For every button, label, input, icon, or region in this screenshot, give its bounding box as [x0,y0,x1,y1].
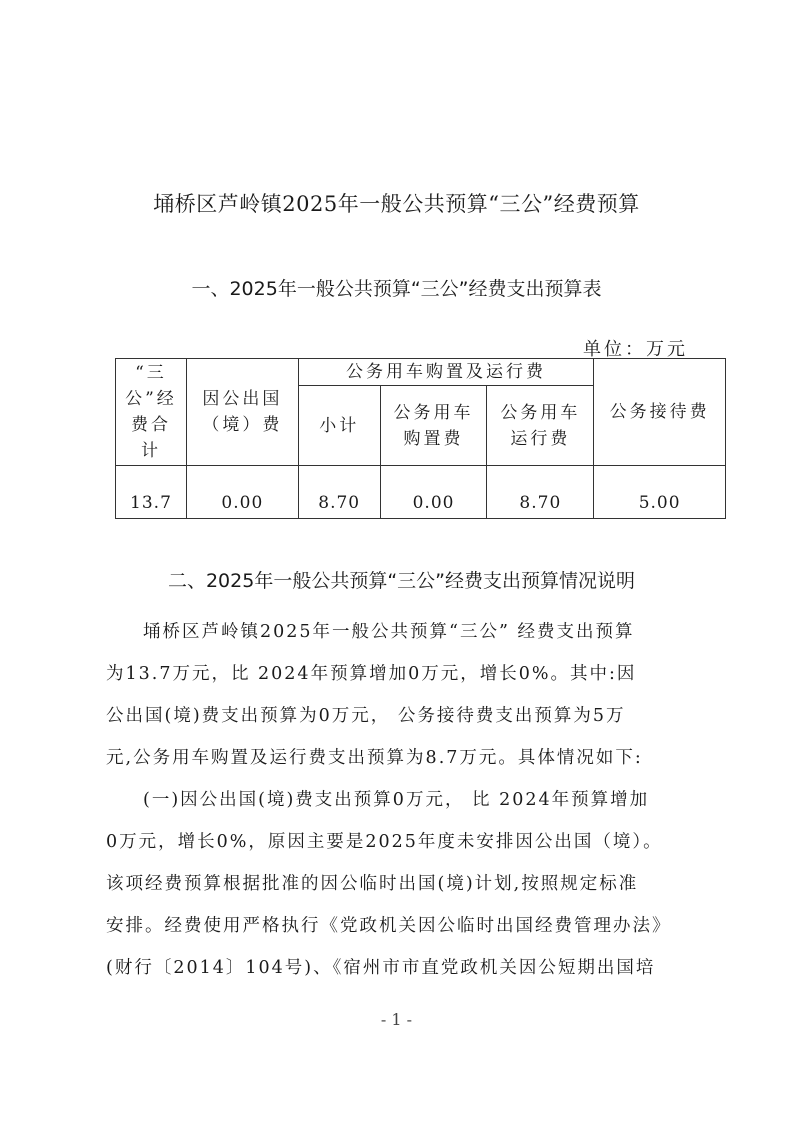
section1-heading: 一、2025年一般公共预算“三公”经费支出预算表 [0,274,793,301]
document-title: 埇桥区芦岭镇2025年一般公共预算“三公”经费预算 [0,188,793,218]
header-vehicle-purchase: 公务用车 购置费 [380,386,487,466]
body-line: 元,公务用车购置及运行费支出预算为8.7万元。具体情况如下: [106,744,643,769]
header-text: 计 [116,438,186,464]
cell-subtotal: 8.70 [298,466,380,519]
body-line: 安排。经费使用严格执行《党政机关因公临时出国经费管理办法》 [106,912,672,937]
body-line: (财行〔2014〕104号)、《宿州市市直党政机关因公短期出国培 [106,954,655,979]
header-text: “三 [116,360,186,386]
header-text: 运行费 [487,426,593,452]
body-line: 公出国(境)费支出预算为0万元， 公务接待费支出预算为5万 [106,702,625,727]
cell-vehicle-operation: 8.70 [487,466,594,519]
header-reception: 公务接待费 [594,359,726,466]
header-total: “三 公”经 费合 计 [116,359,187,466]
body-line: 为13.7万元，比 2024年预算增加0万元，增长0%。其中:因 [106,660,636,685]
header-text: 公务用车 [381,400,487,426]
budget-table: “三 公”经 费合 计 因公出国 （境）费 公务用车购置及运行费 公务接待费 小… [115,358,726,519]
header-text: （境）费 [187,412,298,438]
cell-overseas: 0.00 [186,466,298,519]
header-text: 因公出国 [187,386,298,412]
body-line: 埇桥区芦岭镇2025年一般公共预算“三公” 经费支出预算 [143,618,635,643]
body-line: 该项经费预算根据批准的因公临时出国(境)计划,按照规定标准 [106,870,638,895]
table-row: 13.7 0.00 8.70 0.00 8.70 5.00 [116,466,726,519]
cell-total: 13.7 [116,466,187,519]
header-text: 购置费 [381,426,487,452]
header-vehicle-operation: 公务用车 运行费 [487,386,594,466]
body-line: 0万元，增长0%，原因主要是2025年度未安排因公出国（境）。 [106,828,663,853]
header-text: 公务用车 [487,400,593,426]
header-vehicle-group: 公务用车购置及运行费 [298,359,593,386]
page-number: - 1 - [0,1010,793,1029]
section2-heading: 二、2025年一般公共预算“三公”经费支出预算情况说明 [0,566,793,593]
body-line: (一)因公出国(境)费支出预算0万元， 比 2024年预算增加 [143,786,649,811]
header-overseas: 因公出国 （境）费 [186,359,298,466]
header-text: 费合 [116,412,186,438]
cell-vehicle-purchase: 0.00 [380,466,487,519]
header-text: 公”经 [116,386,186,412]
cell-reception: 5.00 [594,466,726,519]
header-subtotal: 小计 [298,386,380,466]
